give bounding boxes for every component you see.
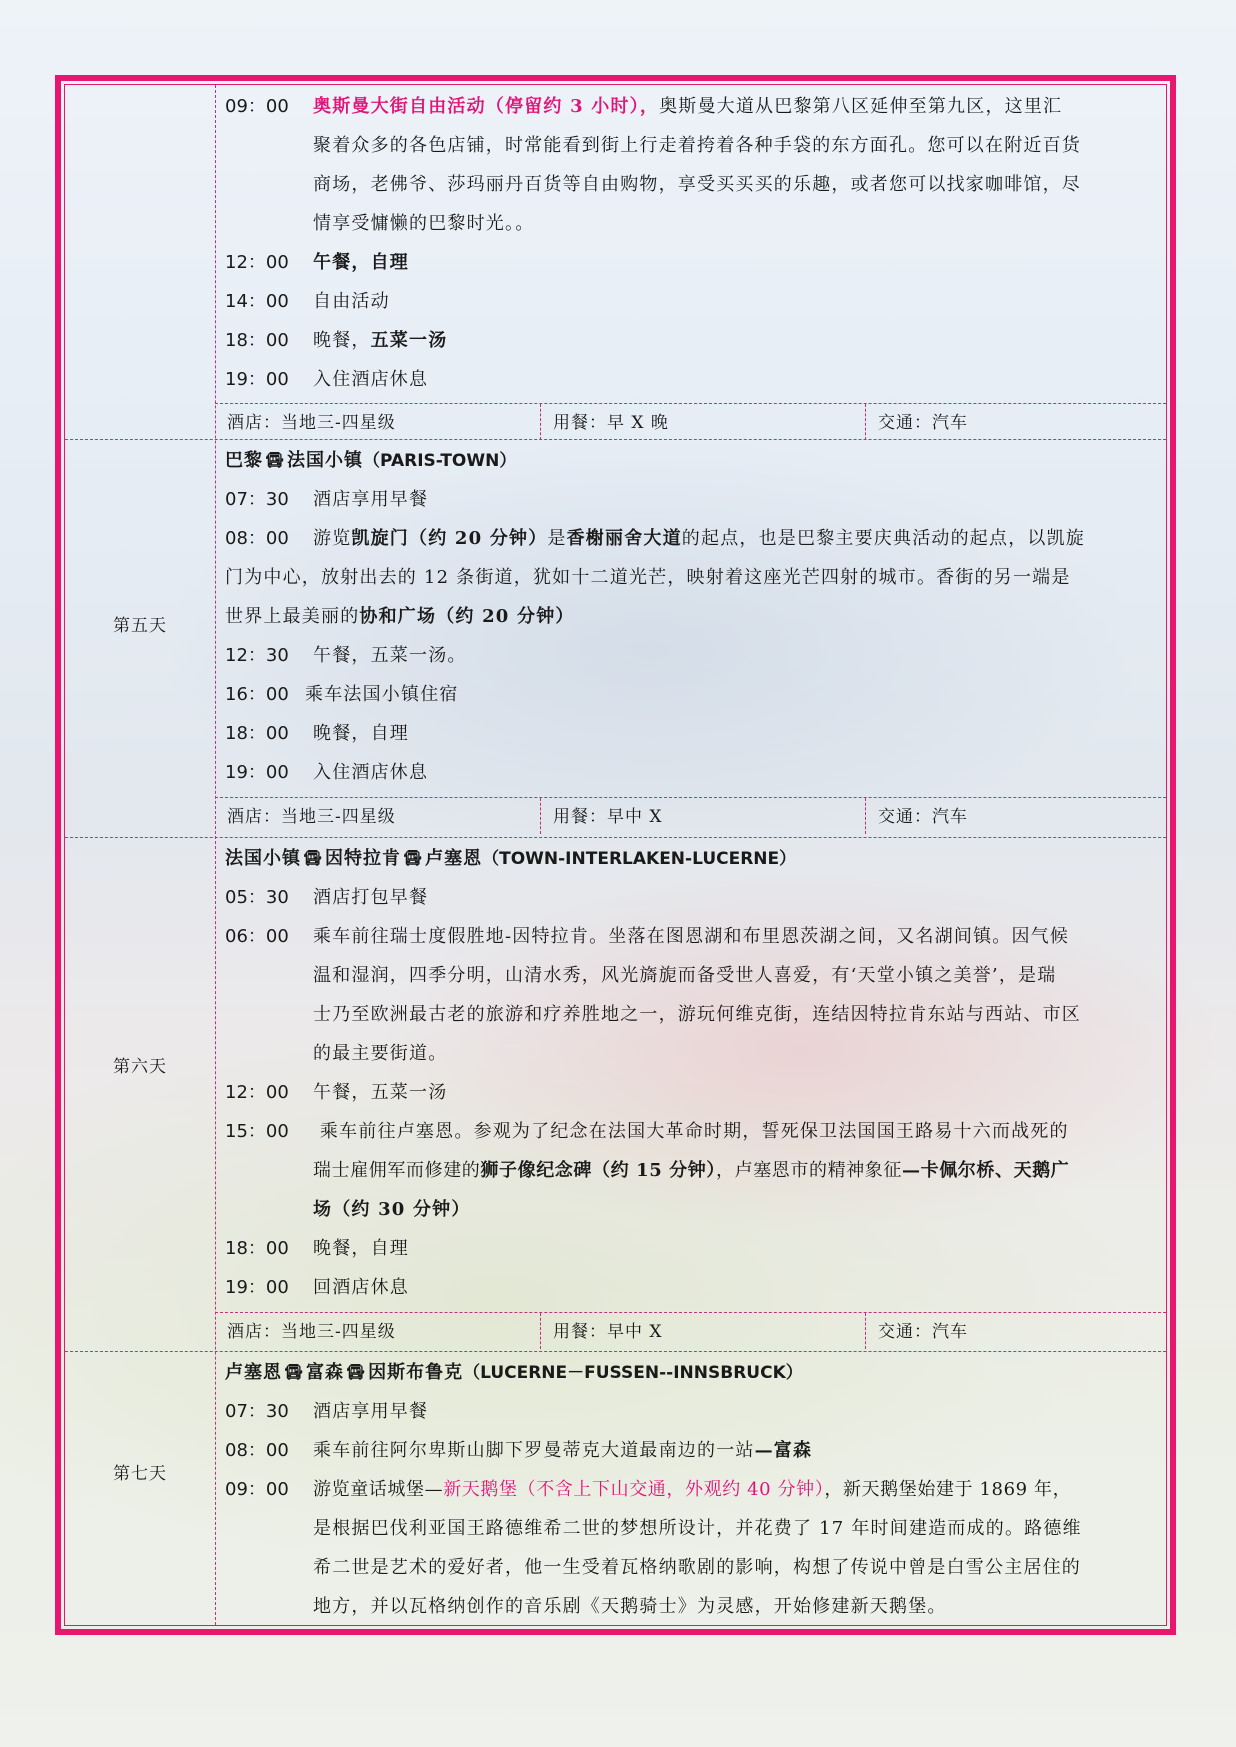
item-text: 游览童话城堡— — [313, 1479, 443, 1500]
schedule-item: 06：00乘车前往瑞士度假胜地-因特拉肯。坐落在图恩湖和布里恩茨湖之间，又名湖间… — [225, 917, 1156, 956]
day-5-footer: 酒店：当地三-四星级 用餐：早中 X 交通：汽车 — [215, 797, 1166, 834]
schedule-item: 19：00入住酒店休息 — [225, 753, 1156, 792]
time: 12：30 — [225, 636, 313, 675]
day-4-schedule: 09：00奥斯曼大街自由活动（停留约 3 小时），奥斯曼大道从巴黎第八区延伸至第… — [225, 87, 1156, 399]
route-stop: 巴黎 — [225, 450, 263, 471]
bus-icon: 🚍︎ — [301, 839, 325, 878]
item-text: 瑞士雇佣军而修建的 — [313, 1160, 480, 1181]
time: 05：30 — [225, 878, 313, 917]
item-text: 是 — [547, 528, 566, 549]
item-text: 情享受慵懒的巴黎时光。。 — [225, 204, 1156, 243]
item-text: 是根据巴伐利亚国王路德维希二世的梦想所设计，并花费了 17 年时间建造而成的。路… — [225, 1509, 1156, 1548]
day-7-schedule: 卢塞恩🚍︎富森🚍︎因斯布鲁克（LUCERNE－FUSSEN--INNSBRUCK… — [225, 1353, 1156, 1626]
highlight-text: 新天鹅堡（不含上下山交通，外观约 40 分钟） — [443, 1479, 824, 1500]
day-6-footer: 酒店：当地三-四星级 用餐：早中 X 交通：汽车 — [215, 1312, 1166, 1349]
item-text: 乘车法国小镇住宿 — [305, 684, 459, 705]
route-stop: 卢塞恩 — [225, 1362, 282, 1383]
time: 06：00 — [225, 917, 313, 956]
item-text: 温和湿润，四季分明，山清水秀，风光旖旎而备受世人喜爱，有‘天堂小镇之美誉’，是瑞 — [225, 956, 1156, 995]
schedule-item: 14：00自由活动 — [225, 282, 1156, 321]
day-4-block: 09：00奥斯曼大街自由活动（停留约 3 小时），奥斯曼大道从巴黎第八区延伸至第… — [65, 85, 1166, 450]
item-text: 乘车前往瑞士度假胜地-因特拉肯。坐落在图恩湖和布里恩茨湖之间，又名湖间镇。因气候 — [313, 926, 1069, 947]
bus-icon: 🚍︎ — [263, 441, 287, 480]
item-text: 的最主要街道。 — [225, 1034, 1156, 1073]
item-text: 午餐，自理 — [313, 252, 409, 273]
time: 09：00 — [225, 87, 313, 126]
schedule-item: 18：00晚餐，自理 — [225, 714, 1156, 753]
time: 16：00 — [225, 675, 305, 714]
item-text: 的起点，也是巴黎主要庆典活动的起点，以凯旋 — [682, 528, 1085, 549]
schedule-item: 09：00游览童话城堡—新天鹅堡（不含上下山交通，外观约 40 分钟），新天鹅堡… — [225, 1470, 1156, 1509]
itinerary-table: 09：00奥斯曼大街自由活动（停留约 3 小时），奥斯曼大道从巴黎第八区延伸至第… — [55, 75, 1176, 1635]
schedule-item: 07：30酒店享用早餐 — [225, 480, 1156, 519]
day-4-footer: 酒店：当地三-四星级 用餐：早 X 晚 交通：汽车 — [215, 403, 1166, 440]
schedule-item: 12：30午餐，五菜一汤。 — [225, 636, 1156, 675]
item-text: 五菜一汤 — [371, 330, 448, 351]
meals-info: 用餐：早中 X — [540, 798, 865, 834]
bus-icon: 🚍︎ — [401, 839, 425, 878]
time: 12：00 — [225, 1073, 313, 1112]
meals-info: 用餐：早 X 晚 — [540, 404, 865, 440]
item-text: 香榭丽舍大道 — [567, 528, 682, 549]
item-text: 瑞士雇佣军而修建的狮子像纪念碑（约 15 分钟），卢塞恩市的精神象征—卡佩尔桥、… — [225, 1151, 1156, 1190]
item-text: —卡佩尔桥、天鹅广 — [902, 1160, 1069, 1181]
item-text: 晚餐，自理 — [313, 723, 409, 744]
item-text: 世界上最美丽的 — [225, 606, 359, 627]
item-text: 晚餐， — [313, 330, 371, 351]
day-7-block: 第七天 卢塞恩🚍︎富森🚍︎因斯布鲁克（LUCERNE－FUSSEN--INNSB… — [65, 1351, 1166, 1629]
item-text: 酒店打包早餐 — [313, 887, 428, 908]
item-text: 狮子像纪念碑（约 15 分钟） — [480, 1160, 716, 1181]
item-text: 门为中心，放射出去的 12 条街道，犹如十二道光芒，映射着这座光芒四射的城市。香… — [225, 558, 1156, 597]
transport-info: 交通：汽车 — [865, 798, 1166, 834]
route-title: 巴黎🚍︎法国小镇（PARIS-TOWN） — [225, 441, 1156, 480]
item-text: ，卢塞恩市的精神象征 — [716, 1160, 902, 1181]
item-text: 聚着众多的各色店铺，时常能看到街上行走着挎着各种手袋的东方面孔。您可以在附近百货 — [225, 126, 1156, 165]
schedule-item: 18：00晚餐，自理 — [225, 1229, 1156, 1268]
item-text: 回酒店休息 — [313, 1277, 409, 1298]
day-label: 第五天 — [65, 611, 215, 636]
schedule-item: 05：30酒店打包早餐 — [225, 878, 1156, 917]
item-text: 奥斯曼大道从巴黎第八区延伸至第九区，这里汇 — [659, 96, 1062, 117]
time: 18：00 — [225, 1229, 313, 1268]
item-text: —富森 — [755, 1440, 813, 1461]
time: 07：30 — [225, 1392, 313, 1431]
day-label: 第六天 — [65, 1052, 215, 1077]
time: 08：00 — [225, 519, 313, 558]
item-text: 商场，老佛爷、莎玛丽丹百货等自由购物，享受买买买的乐趣，或者您可以找家咖啡馆，尽 — [225, 165, 1156, 204]
item-text: 入住酒店休息 — [313, 762, 428, 783]
schedule-item: 19：00入住酒店休息 — [225, 360, 1156, 399]
time: 14：00 — [225, 282, 313, 321]
route-stop: 因斯布鲁克 — [368, 1362, 463, 1383]
schedule-item: 16：00乘车法国小镇住宿 — [225, 675, 1156, 714]
route-title: 法国小镇🚍︎因特拉肯🚍︎卢塞恩（TOWN-INTERLAKEN-LUCERNE） — [225, 839, 1156, 878]
route-stop: 因特拉肯 — [325, 848, 401, 869]
day-5-schedule: 巴黎🚍︎法国小镇（PARIS-TOWN） 07：30酒店享用早餐 08：00游览… — [225, 441, 1156, 792]
item-text: 午餐，五菜一汤。 — [313, 645, 467, 666]
item-text: 世界上最美丽的协和广场（约 20 分钟） — [225, 597, 1156, 636]
day-5-block: 第五天 巴黎🚍︎法国小镇（PARIS-TOWN） 07：30酒店享用早餐 08：… — [65, 439, 1166, 837]
item-text: 地方，并以瓦格纳创作的音乐剧《天鹅骑士》为灵感，开始修建新天鹅堡。 — [225, 1587, 1156, 1626]
item-text: 自由活动 — [313, 291, 390, 312]
item-text: 希二世是艺术的爱好者，他一生受着瓦格纳歌剧的影响，构想了传说中曾是白雪公主居住的 — [225, 1548, 1156, 1587]
schedule-item: 18：00晚餐，五菜一汤 — [225, 321, 1156, 360]
day-6-schedule: 法国小镇🚍︎因特拉肯🚍︎卢塞恩（TOWN-INTERLAKEN-LUCERNE）… — [225, 839, 1156, 1307]
hotel-info: 酒店：当地三-四星级 — [215, 404, 540, 440]
item-text: ，新天鹅堡始建于 1869 年， — [824, 1479, 1071, 1500]
schedule-item: 08：00乘车前往阿尔卑斯山脚下罗曼蒂克大道最南边的一站—富森 — [225, 1431, 1156, 1470]
item-text: 午餐，五菜一汤 — [313, 1082, 447, 1103]
time: 18：00 — [225, 714, 313, 753]
item-text: 游览 — [313, 528, 351, 549]
time: 19：00 — [225, 1268, 313, 1307]
bus-icon: 🚍︎ — [344, 1353, 368, 1392]
schedule-item: 19：00回酒店休息 — [225, 1268, 1156, 1307]
item-text: 凯旋门（约 20 分钟） — [351, 528, 547, 549]
route-stop: 卢塞恩 — [425, 848, 482, 869]
route-title: 卢塞恩🚍︎富森🚍︎因斯布鲁克（LUCERNE－FUSSEN--INNSBRUCK… — [225, 1353, 1156, 1392]
hotel-info: 酒店：当地三-四星级 — [215, 798, 540, 834]
time: 19：00 — [225, 753, 313, 792]
item-text: 协和广场（约 20 分钟） — [359, 606, 574, 627]
hotel-info: 酒店：当地三-四星级 — [215, 1313, 540, 1349]
time: 18：00 — [225, 321, 313, 360]
schedule-item: 07：30酒店享用早餐 — [225, 1392, 1156, 1431]
highlight-text: 奥斯曼大街自由活动（停留约 3 小时）， — [313, 96, 659, 117]
time: 15：00 — [225, 1112, 313, 1151]
item-text: 乘车前往阿尔卑斯山脚下罗曼蒂克大道最南边的一站 — [313, 1440, 755, 1461]
bus-icon: 🚍︎ — [282, 1353, 306, 1392]
item-text: 酒店享用早餐 — [313, 489, 428, 510]
schedule-item: 15：00 乘车前往卢塞恩。参观为了纪念在法国大革命时期，誓死保卫法国国王路易十… — [225, 1112, 1156, 1151]
time: 07：30 — [225, 480, 313, 519]
route-latin: （TOWN-INTERLAKEN-LUCERNE） — [482, 849, 796, 869]
route-stop: 法国小镇 — [287, 450, 363, 471]
item-text: 酒店享用早餐 — [313, 1401, 428, 1422]
day-label: 第七天 — [65, 1459, 215, 1484]
item-text: 晚餐，自理 — [313, 1238, 409, 1259]
schedule-item: 08：00游览凯旋门（约 20 分钟）是香榭丽舍大道的起点，也是巴黎主要庆典活动… — [225, 519, 1156, 558]
route-stop: 富森 — [306, 1362, 344, 1383]
route-stop: 法国小镇 — [225, 848, 301, 869]
schedule-item: 12：00午餐，五菜一汤 — [225, 1073, 1156, 1112]
time: 08：00 — [225, 1431, 313, 1470]
route-latin: （LUCERNE－FUSSEN--INNSBRUCK） — [463, 1363, 803, 1383]
time: 12：00 — [225, 243, 313, 282]
meals-info: 用餐：早中 X — [540, 1313, 865, 1349]
item-text: 入住酒店休息 — [313, 369, 428, 390]
route-latin: （PARIS-TOWN） — [363, 451, 516, 471]
itinerary-inner-border: 09：00奥斯曼大街自由活动（停留约 3 小时），奥斯曼大道从巴黎第八区延伸至第… — [64, 84, 1167, 1626]
item-text: 士乃至欧洲最古老的旅游和疗养胜地之一，游玩何维克街，连结因特拉肯东站与西站、市区 — [225, 995, 1156, 1034]
transport-info: 交通：汽车 — [865, 1313, 1166, 1349]
schedule-item: 09：00奥斯曼大街自由活动（停留约 3 小时），奥斯曼大道从巴黎第八区延伸至第… — [225, 87, 1156, 126]
transport-info: 交通：汽车 — [865, 404, 1166, 440]
time: 19：00 — [225, 360, 313, 399]
day-6-block: 第六天 法国小镇🚍︎因特拉肯🚍︎卢塞恩（TOWN-INTERLAKEN-LUCE… — [65, 837, 1166, 1351]
item-text: 乘车前往卢塞恩。参观为了纪念在法国大革命时期，誓死保卫法国国王路易十六而战死的 — [313, 1121, 1069, 1142]
schedule-item: 12：00午餐，自理 — [225, 243, 1156, 282]
item-text: 场（约 30 分钟） — [225, 1190, 1156, 1229]
time: 09：00 — [225, 1470, 313, 1509]
